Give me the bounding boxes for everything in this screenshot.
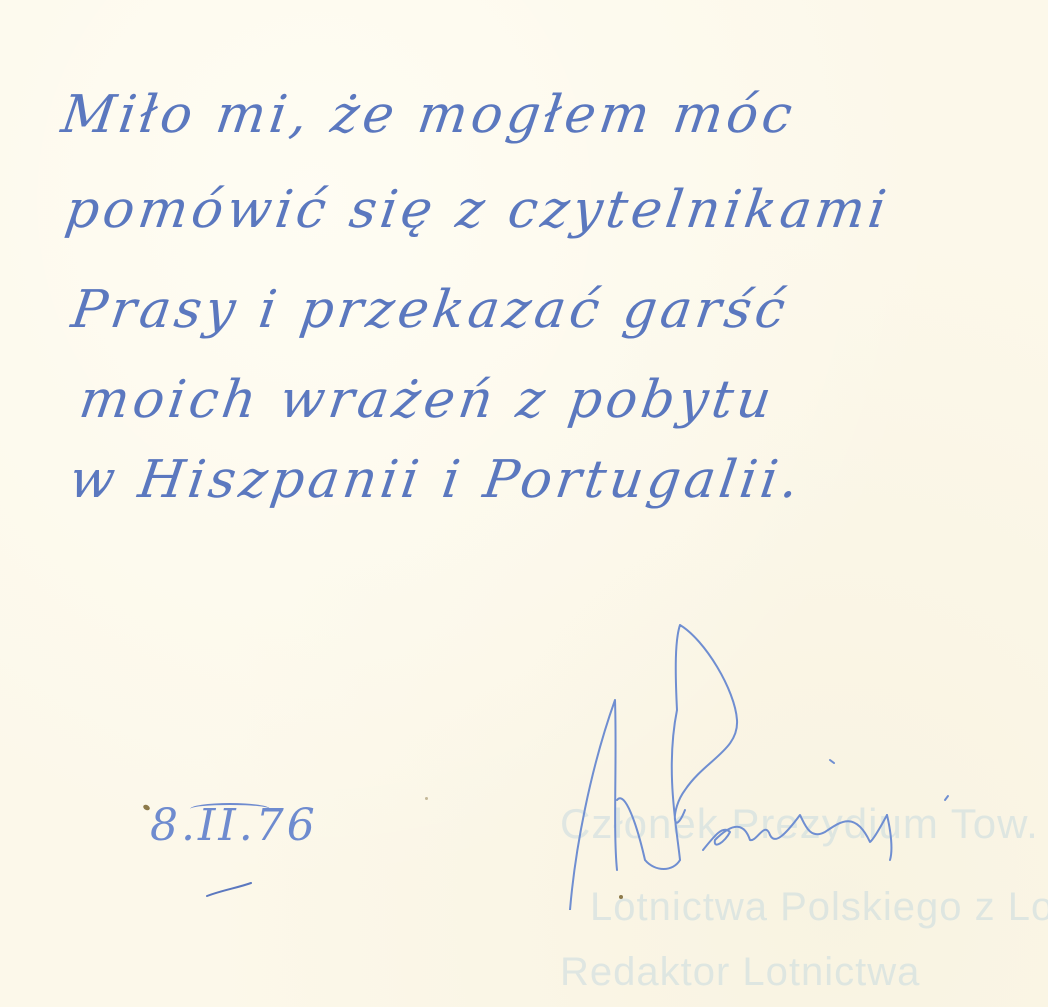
message-line-4: moich wrażeń z pobytu [76, 370, 779, 430]
message-line-2: pomówić się z czytelnikami [62, 180, 894, 240]
handwritten-date: 8.II.76 [150, 800, 318, 851]
message-line-5: w Hiszpanii i Portugalii. [66, 450, 806, 510]
paper-speck [425, 797, 428, 800]
signature [565, 610, 965, 910]
stray-pen-stroke [205, 880, 255, 900]
message-line-3: Prasy i przekazać garść [68, 280, 793, 340]
paper-speck [619, 895, 623, 899]
message-line-1: Miło mi, że mogłem móc [58, 85, 800, 145]
